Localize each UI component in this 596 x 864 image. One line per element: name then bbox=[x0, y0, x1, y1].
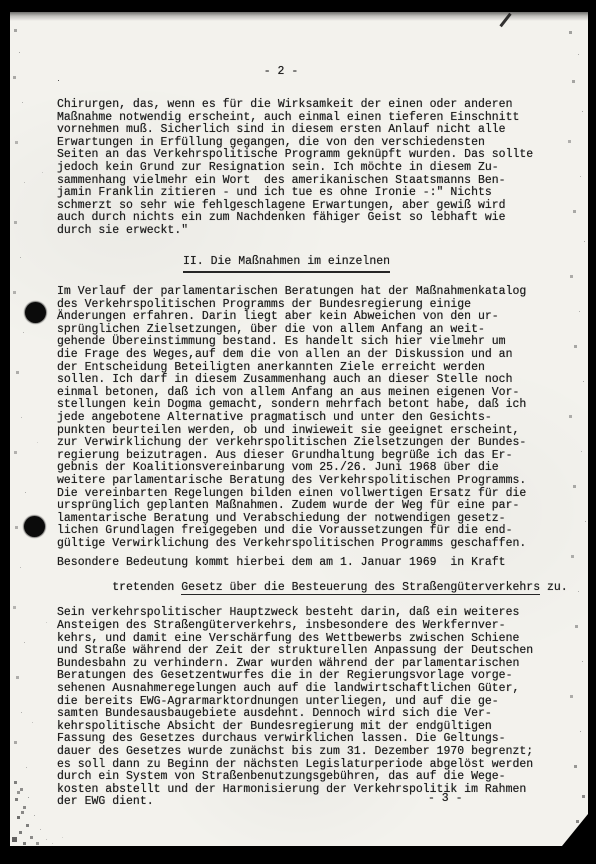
scan-noise-right bbox=[562, 26, 563, 27]
text-line: sollen. Ich darf in diesem Zusammenhang … bbox=[57, 374, 526, 387]
document-page: - 2 - Chirurgen, das, wenn es für die Wi… bbox=[10, 12, 588, 846]
text-line: Änderungen erfahren. Darin liegt aber ke… bbox=[57, 311, 526, 324]
underline-prefix: tretenden bbox=[112, 581, 181, 594]
paragraph-measures: Im Verlauf der parlamentarischen Beratun… bbox=[57, 286, 526, 550]
text-line: jede angebotene Alternative pragmatisch … bbox=[57, 412, 526, 425]
text-line: Im Verlauf der parlamentarischen Beratun… bbox=[57, 286, 526, 299]
hole-punch-bottom bbox=[24, 516, 45, 537]
hole-punch-top bbox=[25, 302, 46, 323]
paragraph-tax-law-rest: Sein verkehrspolitischer Hauptzweck best… bbox=[57, 607, 568, 809]
page-number-top-label: - 2 - bbox=[264, 65, 299, 78]
text-line: jedoch kein Grund zur Resignation sein. … bbox=[57, 162, 533, 175]
scan-noise-left bbox=[12, 22, 13, 23]
text-line-with-underline: tretenden Gesetz über die Besteuerung de… bbox=[57, 570, 568, 608]
text-line: lichen Grundlagen freigegeben und die Vo… bbox=[57, 525, 526, 538]
page-number-bottom-label: - 3 - bbox=[428, 792, 463, 805]
scanned-document-frame: - 2 - Chirurgen, das, wenn es für die Wi… bbox=[0, 0, 596, 864]
scan-noise-bottom-left bbox=[12, 777, 13, 778]
section-heading-label: II. Die Maßnahmen im einzelnen bbox=[183, 255, 390, 273]
page-number-top: - 2 - bbox=[0, 66, 570, 79]
text-line: Chirurgen, das, wenn es für die Wirksamk… bbox=[57, 99, 533, 112]
text-line: der EWG dient. bbox=[57, 796, 568, 809]
underline-suffix: zu. bbox=[540, 581, 568, 594]
text-line: zur Verwirklichung der verkehrspolitisch… bbox=[57, 437, 526, 450]
scan-artifact-mark bbox=[499, 13, 511, 27]
text-line: durch ein System von Straßenbenutzungsge… bbox=[57, 771, 568, 784]
text-line: samten Bundesausbaugebiete ausdehnt. Den… bbox=[57, 708, 568, 721]
text-line: ursprünglich geplanten Maßnahmen. Zudem … bbox=[57, 500, 526, 513]
text-line: gültige Verwirklichung des Verkehrspolit… bbox=[57, 538, 526, 551]
text-line: durch sie erweckt." bbox=[57, 225, 533, 238]
text-line: und Straße während der Zeit der struktur… bbox=[57, 645, 568, 658]
corner-fold bbox=[562, 814, 588, 846]
page-number-bottom: - 3 - bbox=[428, 793, 463, 806]
text-line: weitere parlamentarische Beratung des Ve… bbox=[57, 475, 526, 488]
law-title-underlined: Gesetz über die Besteuerung des Straßeng… bbox=[181, 581, 540, 595]
text-line: jamin Franklin zitieren - und ich tue es… bbox=[57, 187, 533, 200]
text-line: sehenen Ausnahmeregelungen auch auf die … bbox=[57, 683, 568, 696]
text-line: Besondere Bedeutung kommt hierbei dem am… bbox=[57, 557, 568, 570]
section-heading: II. Die Maßnahmen im einzelnen bbox=[183, 256, 390, 269]
text-line: Ansteigen des Straßengüterverkehrs, insb… bbox=[57, 620, 568, 633]
text-line: vornehmen muß. Sicherlich sind in diesem… bbox=[57, 124, 533, 137]
text-line: die Frage des Weges,auf dem die von alle… bbox=[57, 349, 526, 362]
paragraph-tax-law: Besondere Bedeutung kommt hierbei dem am… bbox=[57, 557, 568, 809]
text-line: dauer des Gesetzes wurde zunächst bis zu… bbox=[57, 746, 568, 759]
paragraph-intro: Chirurgen, das, wenn es für die Wirksamk… bbox=[57, 99, 533, 238]
